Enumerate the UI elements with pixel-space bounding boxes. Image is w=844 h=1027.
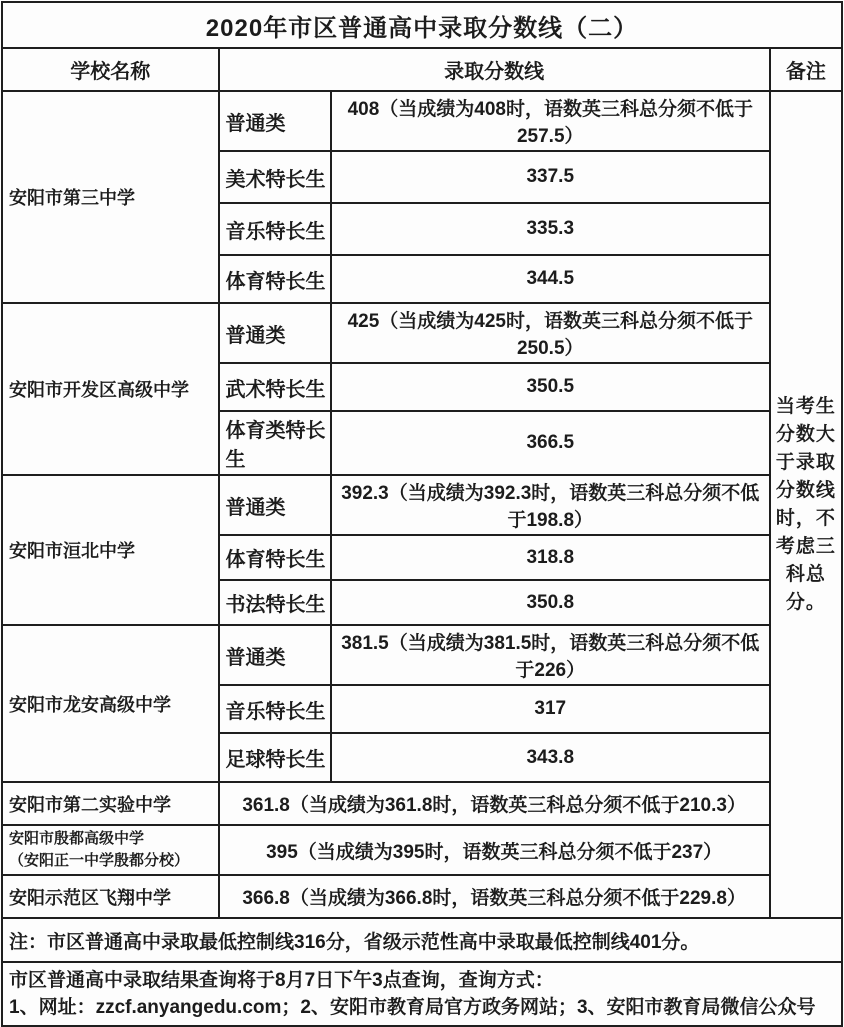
category-cell: 武术特长生 <box>219 363 331 411</box>
school-name: 安阳市殷都高级中学 （安阳正一中学殷都分校） <box>2 825 219 875</box>
score-cell: 317 <box>331 685 770 733</box>
table-row: 安阳市第二实验中学 361.8（当成绩为361.8时，语数英三科总分须不低于21… <box>2 782 842 825</box>
page-title: 2020年市区普通高中录取分数线（二） <box>2 2 842 48</box>
table-row: 市区普通高中录取结果查询将于8月7日下午3点查询，查询方式： 1、网址：zzcf… <box>2 962 842 1026</box>
category-cell: 音乐特长生 <box>219 685 331 733</box>
score-cell: 318.8 <box>331 535 770 580</box>
document-sheet: 2020年市区普通高中录取分数线（二） 学校名称 录取分数线 备注 安阳市第三中… <box>0 0 844 942</box>
category-cell: 音乐特长生 <box>219 203 331 255</box>
score-cell: 366.5 <box>331 411 770 475</box>
query-info: 市区普通高中录取结果查询将于8月7日下午3点查询，查询方式： 1、网址：zzcf… <box>2 962 842 1026</box>
category-cell: 美术特长生 <box>219 151 331 203</box>
table-row: 安阳市殷都高级中学 （安阳正一中学殷都分校） 395（当成绩为395时，语数英三… <box>2 825 842 875</box>
score-cell: 381.5（当成绩为381.5时，语数英三科总分须不低于226） <box>331 625 770 685</box>
col-header-score-line: 录取分数线 <box>219 48 770 91</box>
table-row: 注：市区普通高中录取最低控制线316分，省级示范性高中录取最低控制线401分。 <box>2 918 842 962</box>
category-cell: 普通类 <box>219 303 331 363</box>
query-info-line1: 市区普通高中录取结果查询将于8月7日下午3点查询，查询方式： <box>9 967 835 994</box>
category-cell: 普通类 <box>219 625 331 685</box>
school-name: 安阳市龙安高级中学 <box>2 625 219 782</box>
category-cell: 书法特长生 <box>219 580 331 625</box>
table-row: 安阳市第三中学 普通类 408（当成绩为408时，语数英三科总分须不低于257.… <box>2 91 842 151</box>
school-name: 安阳市第三中学 <box>2 91 219 303</box>
score-table: 2020年市区普通高中录取分数线（二） 学校名称 录取分数线 备注 安阳市第三中… <box>1 1 843 1027</box>
score-cell: 344.5 <box>331 255 770 303</box>
category-cell: 普通类 <box>219 475 331 535</box>
school-name: 安阳市洹北中学 <box>2 475 219 625</box>
score-cell: 350.5 <box>331 363 770 411</box>
school-name: 安阳市开发区高级中学 <box>2 303 219 475</box>
score-cell: 361.8（当成绩为361.8时，语数英三科总分须不低于210.3） <box>219 782 770 825</box>
table-row: 安阳市开发区高级中学 普通类 425（当成绩为425时，语数英三科总分须不低于2… <box>2 303 842 363</box>
remark-note: 当考生分数大于录取分数线时，不考虑三科总分。 <box>770 91 842 918</box>
col-header-school: 学校名称 <box>2 48 219 91</box>
score-cell: 343.8 <box>331 733 770 782</box>
school-name-line1: 安阳市殷都高级中学 <box>9 828 214 850</box>
school-name: 安阳示范区飞翔中学 <box>2 875 219 918</box>
query-info-line2: 1、网址：zzcf.anyangedu.com；2、安阳市教育局官方政务网站；3… <box>9 994 835 1021</box>
score-cell: 335.3 <box>331 203 770 255</box>
category-cell: 体育特长生 <box>219 255 331 303</box>
score-cell: 366.8（当成绩为366.8时，语数英三科总分须不低于229.8） <box>219 875 770 918</box>
category-cell: 普通类 <box>219 91 331 151</box>
category-cell: 足球特长生 <box>219 733 331 782</box>
score-cell: 425（当成绩为425时，语数英三科总分须不低于250.5） <box>331 303 770 363</box>
category-cell: 体育类特长生 <box>219 411 331 475</box>
col-header-remark: 备注 <box>770 48 842 91</box>
school-name: 安阳市第二实验中学 <box>2 782 219 825</box>
score-cell: 395（当成绩为395时，语数英三科总分须不低于237） <box>219 825 770 875</box>
footnote: 注：市区普通高中录取最低控制线316分，省级示范性高中录取最低控制线401分。 <box>2 918 842 962</box>
school-name-line2: （安阳正一中学殷都分校） <box>9 850 214 872</box>
score-cell: 350.8 <box>331 580 770 625</box>
score-cell: 337.5 <box>331 151 770 203</box>
category-cell: 体育特长生 <box>219 535 331 580</box>
table-row: 安阳市龙安高级中学 普通类 381.5（当成绩为381.5时，语数英三科总分须不… <box>2 625 842 685</box>
table-row: 安阳市洹北中学 普通类 392.3（当成绩为392.3时，语数英三科总分须不低于… <box>2 475 842 535</box>
table-row: 安阳示范区飞翔中学 366.8（当成绩为366.8时，语数英三科总分须不低于22… <box>2 875 842 918</box>
score-cell: 408（当成绩为408时，语数英三科总分须不低于257.5） <box>331 91 770 151</box>
score-cell: 392.3（当成绩为392.3时，语数英三科总分须不低于198.8） <box>331 475 770 535</box>
